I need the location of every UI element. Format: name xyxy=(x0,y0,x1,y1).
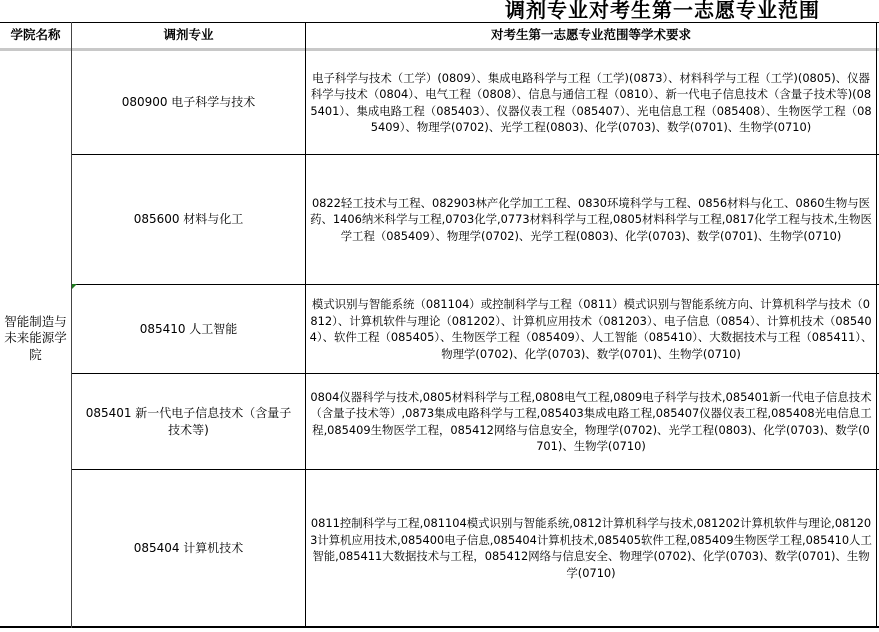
requirements-cell-085600: 0822轻工技术与工程、082903林产化学加工工程、0830环境科学与工程、0… xyxy=(306,155,876,284)
table-bottom-border xyxy=(0,626,879,628)
major-cell-085404: 085404 计算机技术 xyxy=(72,470,305,626)
header-major: 调剂专业 xyxy=(72,23,305,48)
header-college: 学院名称 xyxy=(0,23,71,48)
requirements-cell-080900: 电子科学与技术（工学）(0809）、集成电路科学与工程（工学)(0873）、材料… xyxy=(306,51,876,154)
major-cell-080900: 080900 电子科学与技术 xyxy=(72,51,305,154)
major-cell-085600: 085600 材料与化工 xyxy=(72,155,305,284)
requirements-cell-085410: 模式识别与智能系统（081104）或控制科学与工程（0811）模式识别与智能系统… xyxy=(306,285,876,373)
requirements-cell-085401: 0804仪器科学与技术,0805材料科学与工程,0808电气工程,0809电子科… xyxy=(306,374,876,469)
requirements-cell-085404: 0811控制科学与工程,081104模式识别与智能系统,0812计算机科学与技术… xyxy=(306,470,876,626)
major-cell-085401: 085401 新一代电子信息技术（含量子技术等) xyxy=(72,374,305,469)
college-name-cell: 智能制造与未来能源学院 xyxy=(0,51,71,626)
page-title: 调剂专业对考生第一志愿专业范围 xyxy=(505,0,879,22)
table-right-border xyxy=(876,22,877,628)
header-requirements: 对考生第一志愿专业范围等学术要求 xyxy=(306,23,876,48)
major-cell-085410: 085410 人工智能 xyxy=(72,285,305,373)
